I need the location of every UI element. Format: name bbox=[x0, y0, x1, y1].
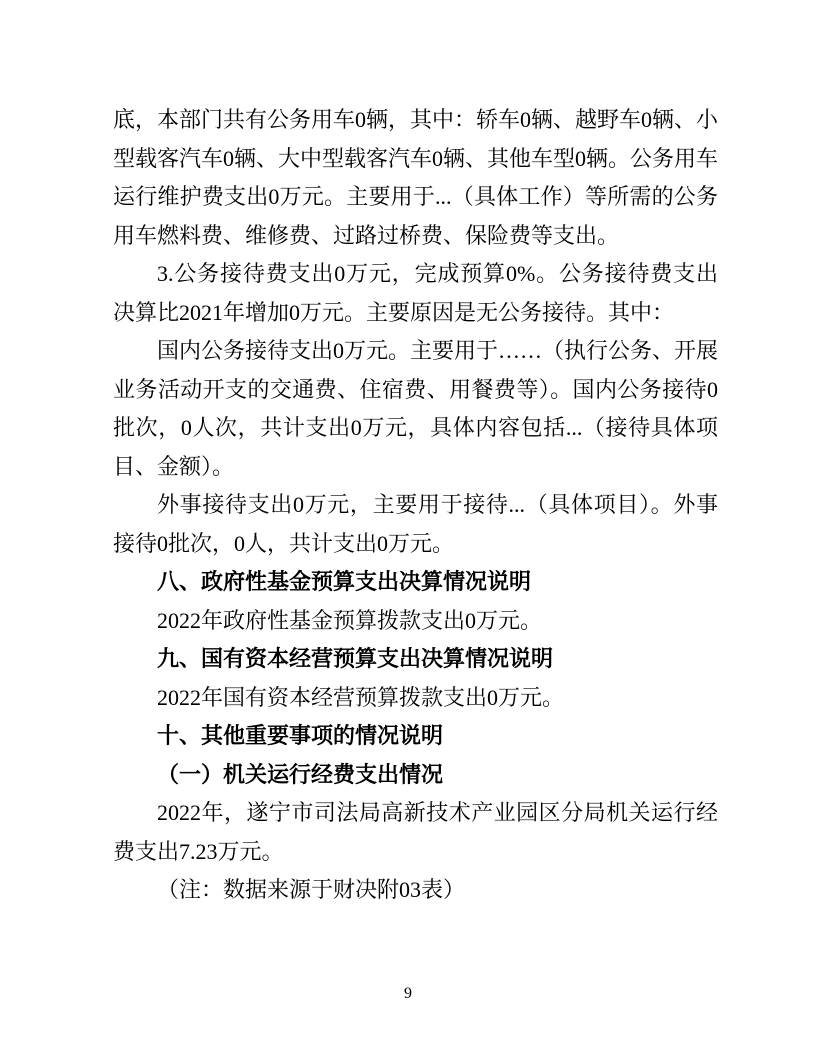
paragraph: 底，本部门共有公务用车0辆，其中：轿车0辆、越野车0辆、小型载客汽车0辆、大中型… bbox=[113, 101, 718, 255]
document-page: 底，本部门共有公务用车0辆，其中：轿车0辆、越野车0辆、小型载客汽车0辆、大中型… bbox=[0, 0, 816, 1056]
section-heading: 九、国有资本经营预算支出决算情况说明 bbox=[113, 640, 718, 679]
section-heading: 八、政府性基金预算支出决算情况说明 bbox=[113, 563, 718, 602]
document-body: 底，本部门共有公务用车0辆，其中：轿车0辆、越野车0辆、小型载客汽车0辆、大中型… bbox=[113, 101, 718, 910]
paragraph: 2022年国有资本经营预算拨款支出0万元。 bbox=[113, 679, 718, 718]
page-number: 9 bbox=[0, 985, 816, 1003]
paragraph: （注：数据来源于财决附03表） bbox=[113, 871, 718, 910]
paragraph: 外事接待支出0万元，主要用于接待...（具体项目）。外事接待0批次，0人，共计支… bbox=[113, 486, 718, 563]
paragraph: 2022年，遂宁市司法局高新技术产业园区分局机关运行经费支出7.23万元。 bbox=[113, 794, 718, 871]
paragraph: 3.公务接待费支出0万元，完成预算0%。公务接待费支出决算比2021年增加0万元… bbox=[113, 255, 718, 332]
paragraph: 国内公务接待支出0万元。主要用于……（执行公务、开展业务活动开支的交通费、住宿费… bbox=[113, 332, 718, 486]
paragraph: 2022年政府性基金预算拨款支出0万元。 bbox=[113, 602, 718, 641]
section-heading: （一）机关运行经费支出情况 bbox=[113, 756, 718, 795]
section-heading: 十、其他重要事项的情况说明 bbox=[113, 717, 718, 756]
